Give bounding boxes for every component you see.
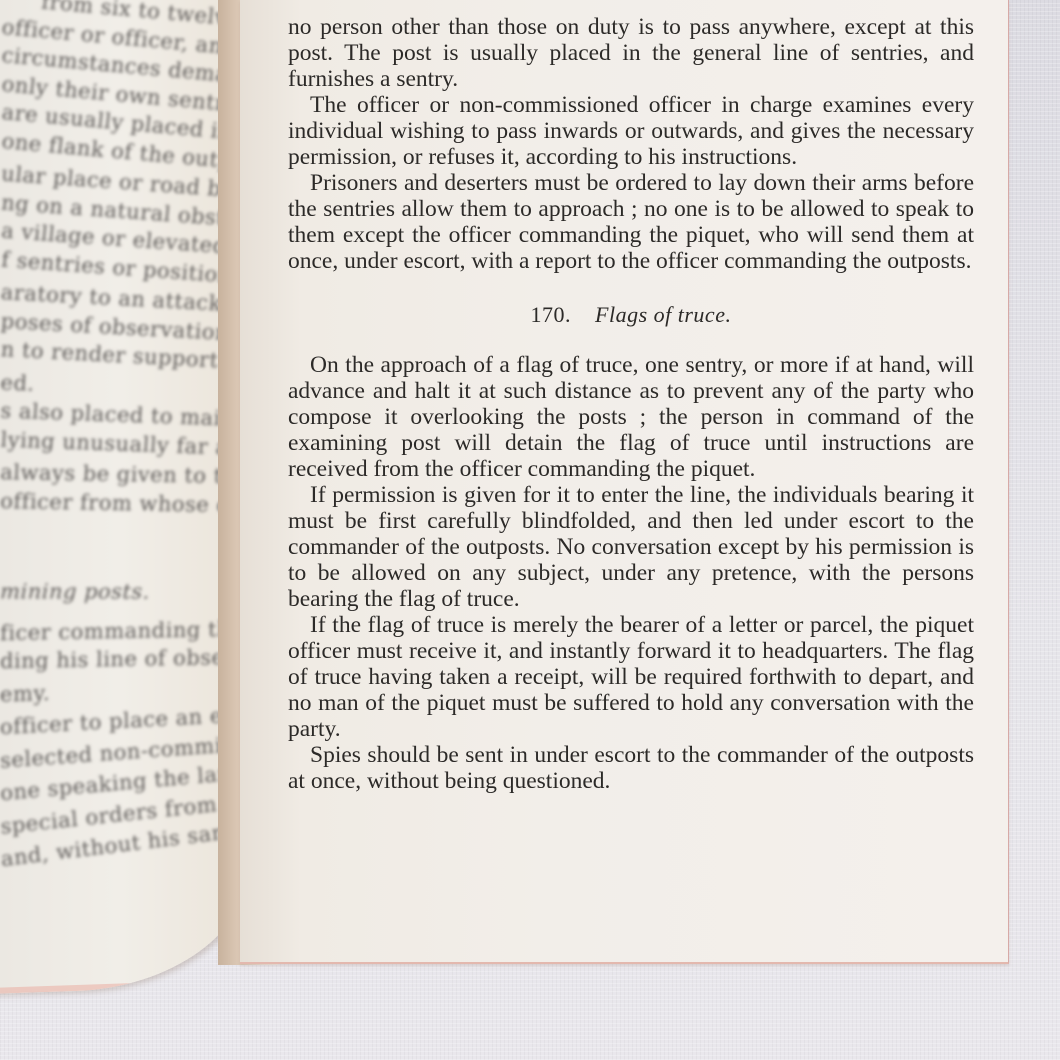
left-section-heading: mining posts. <box>0 578 250 607</box>
right-page: no person other than those on duty is to… <box>240 0 1009 964</box>
page-body: no person other than those on duty is to… <box>288 14 974 794</box>
paragraph-permission: If permission is given for it to enter t… <box>288 482 974 612</box>
paragraph-letter-or-parcel: If the flag of truce is merely the beare… <box>288 612 974 742</box>
left-page-text: posts. from six to twelve men officer or… <box>0 0 250 851</box>
paragraph-prisoners: Prisoners and deserters must be ordered … <box>288 170 974 274</box>
left-line: ding his line of observa <box>0 643 250 676</box>
paragraph-spies: Spies should be sent in under escort to … <box>288 742 974 794</box>
left-line: ficer commanding the piq <box>0 614 250 647</box>
paragraph-continued: no person other than those on duty is to… <box>288 14 974 92</box>
left-page: posts. from six to twelve men officer or… <box>0 0 250 995</box>
section-number: 170. <box>531 302 572 327</box>
paragraph-examination: The officer or non-commissioned officer … <box>288 92 974 170</box>
left-line: officer from whose compa <box>0 487 250 520</box>
section-title: Flags of truce. <box>595 302 731 327</box>
section-heading: 170. Flags of truce. <box>288 302 974 328</box>
paragraph-approach: On the approach of a flag of truce, one … <box>288 352 974 482</box>
left-line: always be given to the co <box>0 458 250 491</box>
